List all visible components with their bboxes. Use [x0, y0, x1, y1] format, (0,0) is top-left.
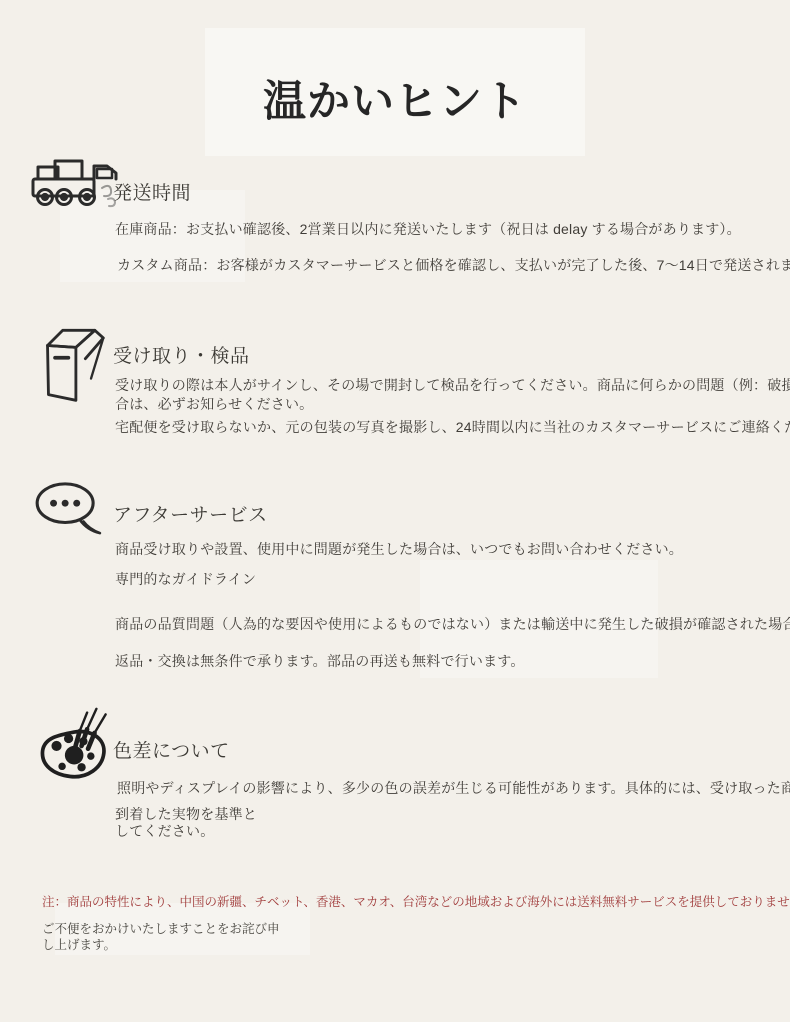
- section-heading-service: アフターサービス: [113, 500, 268, 527]
- truck-icon: [30, 158, 122, 208]
- inspection-line-1: 受け取りの際は本人がサインし、その場で開封して検品を行ってください。商品に何らか…: [115, 375, 790, 395]
- shipping-line-1: 在庫商品：お支払い確認後、2営業日以内に発送いたします（祝日は delay する…: [115, 219, 741, 239]
- inspection-line-2: 合は、必ずお知らせください。: [115, 394, 313, 414]
- shipping-line-2: カスタム商品：お客様がカスタマーサービスと価格を確認し、支払いが完了した後、7〜…: [117, 255, 790, 275]
- footnote-gray-line-2: し上げます。: [42, 935, 116, 953]
- speech-bubble-icon: [32, 480, 106, 536]
- section-heading-shipping: 発送時間: [113, 178, 191, 205]
- box-icon: [38, 319, 110, 406]
- service-line-3: 商品の品質問題（人為的な要因や使用によるものではない）または輸送中に発生した破損…: [115, 614, 790, 634]
- service-line-4: 返品・交換は無条件で承ります。部品の再送も無料で行います。: [115, 651, 525, 671]
- color-line-1: 照明やディスプレイの影響により、多少の色の誤差が生じる可能性があります。具体的に…: [117, 778, 790, 798]
- palette-icon: [32, 707, 120, 783]
- color-line-3: してください。: [115, 821, 214, 841]
- footnote-red-line: 注：商品の特性により、中国の新疆、チベット、香港、マカオ、台湾などの地域および海…: [42, 892, 790, 910]
- section-heading-color: 色差について: [113, 736, 230, 763]
- warm-hints-page: { "page": { "title": "温かいヒント", "backgrou…: [0, 0, 790, 1022]
- service-line-2: 専門的なガイドライン: [115, 569, 256, 589]
- service-line-1: 商品受け取りや設置、使用中に問題が発生した場合は、いつでもお問い合わせください。: [115, 539, 683, 559]
- section-heading-inspection: 受け取り・検品: [113, 341, 250, 368]
- inspection-line-3: 宅配便を受け取らないか、元の包装の写真を撮影し、24時間以内に当社のカスタマーサ…: [115, 417, 790, 437]
- page-title: 温かいヒント: [0, 68, 790, 129]
